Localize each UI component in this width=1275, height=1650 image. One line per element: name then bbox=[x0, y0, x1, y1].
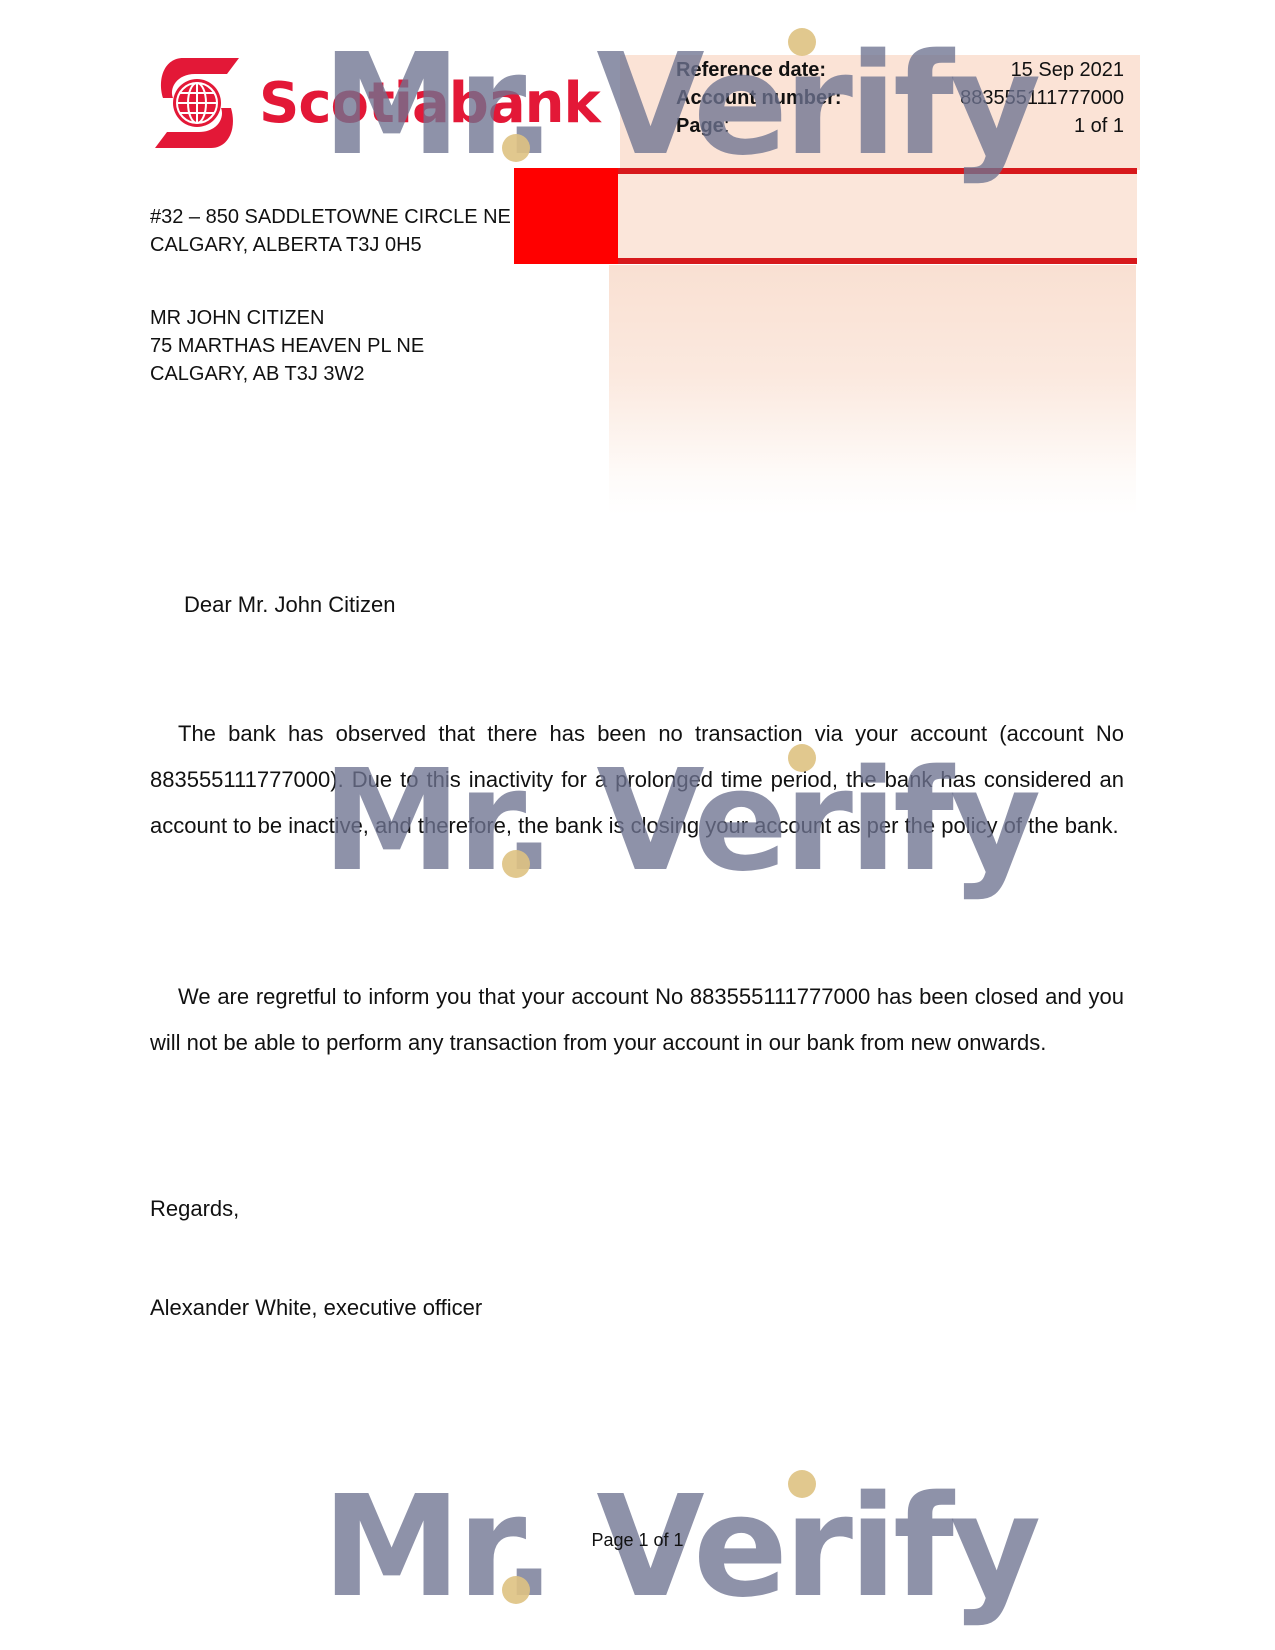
brand-name: Scotiabank bbox=[259, 71, 600, 136]
customer-name: MR JOHN CITIZEN bbox=[150, 304, 424, 332]
bank-address-line1: #32 – 850 SADDLETOWNE CIRCLE NE bbox=[150, 203, 511, 231]
scotiabank-globe-s-icon bbox=[155, 58, 239, 148]
header-gradient bbox=[609, 265, 1136, 515]
watermark-dot bbox=[788, 28, 816, 56]
account-number-label: Account number: bbox=[676, 84, 842, 112]
watermark-dot bbox=[502, 1576, 530, 1604]
page-label: Page bbox=[676, 115, 724, 137]
letter-paragraph-2: We are regretful to inform you that your… bbox=[150, 974, 1124, 1066]
reference-date-label: Reference date: bbox=[676, 56, 826, 84]
red-accent-block bbox=[514, 168, 618, 264]
watermark-dot bbox=[502, 850, 530, 878]
scotiabank-logo: Scotiabank bbox=[155, 58, 600, 148]
account-number-value: 883555111777000 bbox=[960, 84, 1124, 112]
reference-date-row: Reference date: 15 Sep 2021 bbox=[676, 56, 1124, 84]
closing: Regards, bbox=[150, 1196, 239, 1222]
watermark-dot bbox=[788, 1470, 816, 1498]
page-colon: : bbox=[724, 115, 730, 137]
bank-address-line2: CALGARY, ALBERTA T3J 0H5 bbox=[150, 231, 511, 259]
customer-address: MR JOHN CITIZEN 75 MARTHAS HEAVEN PL NE … bbox=[150, 304, 424, 388]
page-row: Page: 1 of 1 bbox=[676, 112, 1124, 140]
page-value: 1 of 1 bbox=[1074, 112, 1124, 140]
customer-address-line2: CALGARY, AB T3J 3W2 bbox=[150, 360, 424, 388]
letter-paragraph-1: The bank has observed that there has bee… bbox=[150, 711, 1124, 849]
salutation: Dear Mr. John Citizen bbox=[184, 592, 396, 618]
customer-address-line1: 75 MARTHAS HEAVEN PL NE bbox=[150, 332, 424, 360]
reference-date-value: 15 Sep 2021 bbox=[1011, 56, 1124, 84]
account-number-row: Account number: 883555111777000 bbox=[676, 84, 1124, 112]
red-band bbox=[618, 168, 1137, 264]
signature: Alexander White, executive officer bbox=[150, 1295, 482, 1321]
reference-block: Reference date: 15 Sep 2021 Account numb… bbox=[676, 56, 1124, 140]
footer-page-number: Page 1 of 1 bbox=[0, 1530, 1275, 1551]
page-label-group: Page: bbox=[676, 112, 729, 140]
bank-address: #32 – 850 SADDLETOWNE CIRCLE NE CALGARY,… bbox=[150, 203, 511, 259]
